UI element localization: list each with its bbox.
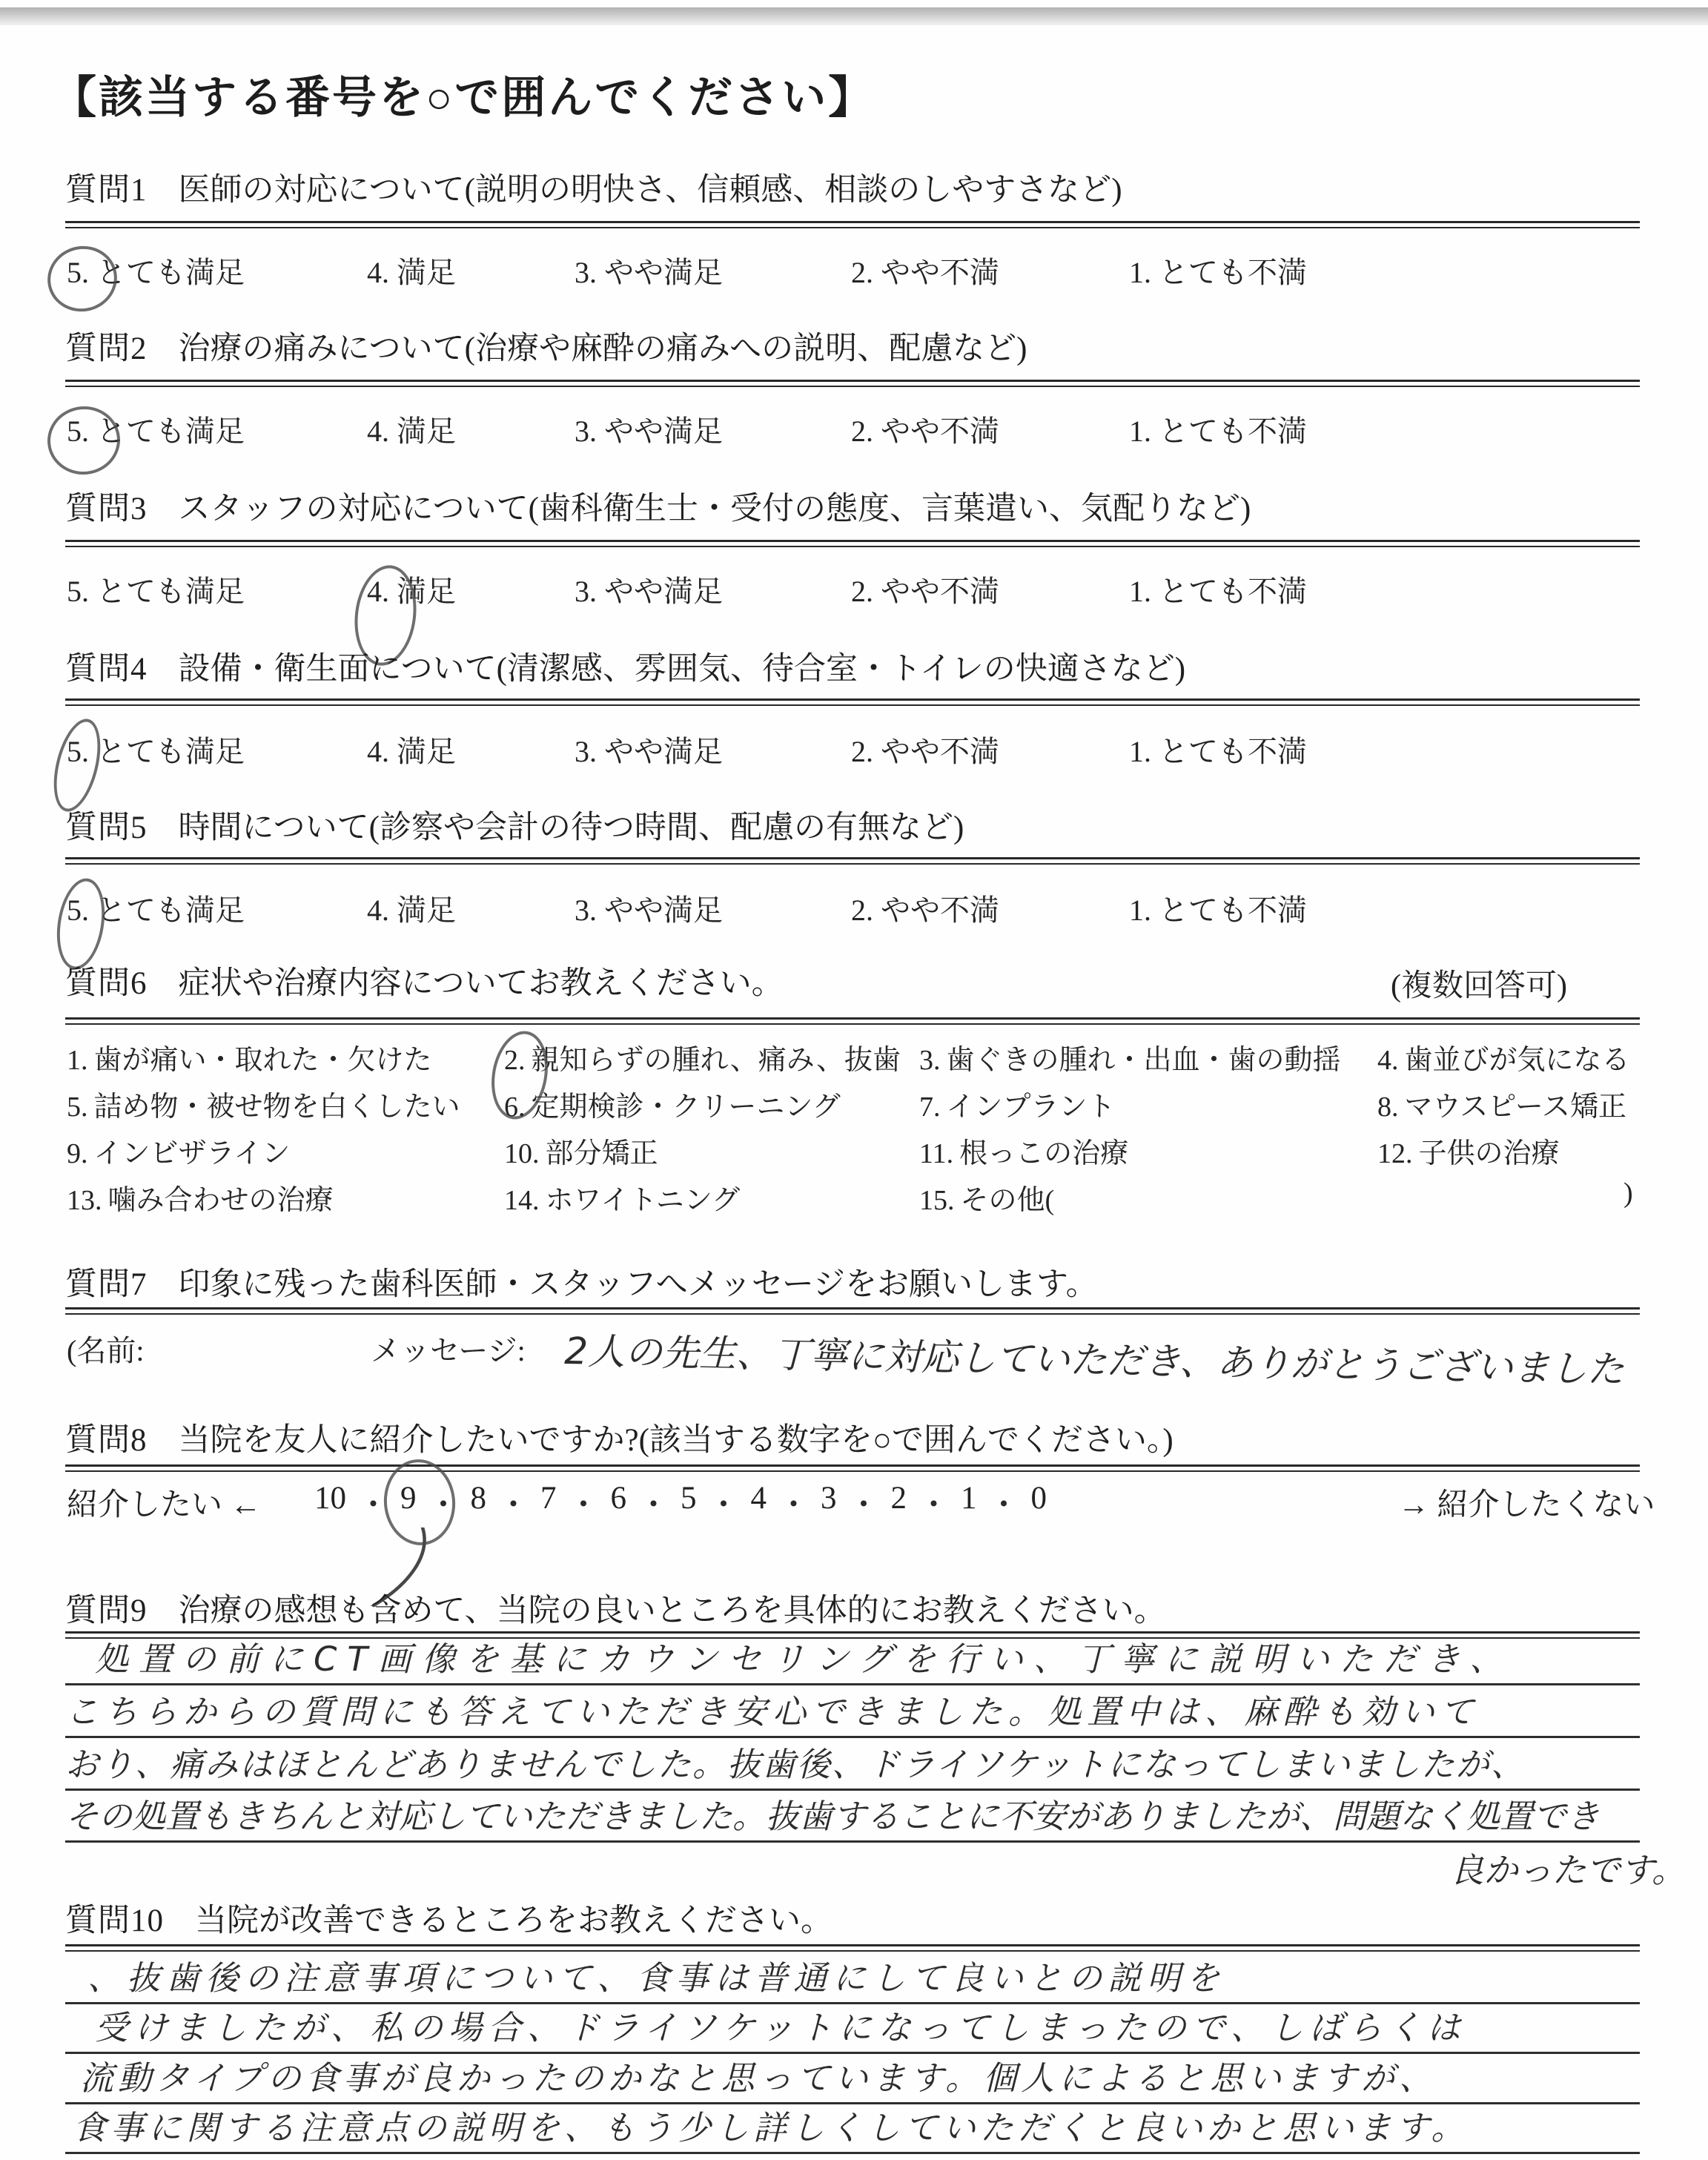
- question-4-options: 5.とても満足 4.満足 3.やや満足 2.やや不満 1.とても不満: [0, 728, 1708, 780]
- item-label: その他(: [961, 1185, 1055, 1216]
- q6-item-4: 4.歯並びが気になる: [1377, 1037, 1630, 1077]
- handwritten-text-overflow: 良かったです。: [1450, 1843, 1686, 1892]
- nps-value-7: 7: [540, 1480, 557, 1516]
- option-number: 3.: [575, 734, 597, 769]
- nps-value-1: 1: [961, 1480, 977, 1516]
- option-label: やや満足: [604, 894, 723, 927]
- item-label: マウスピース矯正: [1405, 1091, 1626, 1123]
- question-10-heading: 質問10当院が改善できるところをお教えください。: [65, 1895, 833, 1941]
- nps-separator: ・: [988, 1480, 1020, 1525]
- item-label: 根っこの治療: [959, 1138, 1128, 1169]
- q6-item-1: 1.歯が痛い・取れた・欠けた: [67, 1037, 432, 1077]
- q1-option-4: 4.満足: [367, 249, 456, 291]
- q6-item-3: 3.歯ぐきの腫れ・出血・歯の動揺: [919, 1037, 1341, 1077]
- option-label: やや満足: [604, 415, 723, 448]
- other-close-paren: ): [1623, 1177, 1633, 1209]
- q3-option-4: 4.満足: [367, 568, 456, 610]
- option-label: とても不満: [1159, 415, 1307, 448]
- item-label: 親知らずの腫れ、痛み、抜歯: [532, 1045, 901, 1076]
- option-number: 1.: [1129, 893, 1151, 928]
- question-9-label: 質問9: [65, 1593, 148, 1628]
- option-label: とても不満: [1159, 256, 1307, 289]
- question-3-text: スタッフの対応について(歯科衛生士・受付の態度、言葉遣い、気配りなど): [179, 492, 1251, 526]
- item-number: 4.: [1377, 1044, 1399, 1077]
- question-2-text: 治療の痛みについて(治療や麻酔の痛みへの説明、配慮など): [179, 331, 1027, 366]
- option-label: やや満足: [604, 256, 723, 289]
- item-number: 13.: [67, 1184, 102, 1217]
- item-number: 12.: [1377, 1137, 1413, 1170]
- option-number: 3.: [575, 255, 597, 290]
- q5-option-3: 3.やや満足: [575, 887, 723, 929]
- option-label: とても満足: [96, 575, 245, 608]
- nps-scale-row: 紹介したい ← 10・ 9・ 8・ 7・ 6・ 5・ 4・ 3・ 2・ 1・ 0…: [0, 1480, 1708, 1525]
- writing-line: 食事に関する注意点の説明を、もう少し詳しくしていただくと良いかと思います。: [65, 2103, 1640, 2154]
- nps-separator: ・: [357, 1480, 389, 1525]
- item-label: 詰め物・被せ物を白くしたい: [94, 1091, 460, 1123]
- q1-option-3: 3.やや満足: [575, 249, 723, 291]
- option-number: 3.: [575, 414, 597, 449]
- handwritten-text: 流動タイプの食事が良かったのかなと思っています。個人によると思いますが、: [80, 2051, 1437, 2102]
- option-label: とても不満: [1159, 894, 1307, 927]
- nps-value-8: 8: [471, 1480, 487, 1516]
- divider-line: [65, 1307, 1640, 1315]
- question-2-options: 5.とても満足 4.満足 3.やや満足 2.やや不満 1.とても不満: [0, 408, 1708, 460]
- q4-option-1: 1.とても不満: [1129, 728, 1307, 770]
- item-number: 8.: [1377, 1091, 1399, 1123]
- divider-line: [65, 1017, 1640, 1025]
- q5-option-4: 4.満足: [367, 887, 456, 929]
- question-8-label: 質問8: [65, 1423, 148, 1458]
- q3-option-3: 3.やや満足: [575, 568, 723, 610]
- item-label: 部分矯正: [546, 1138, 658, 1169]
- question-10-text: 当院が改善できるところをお教えください。: [195, 1903, 833, 1938]
- q2-option-5: 5.とても満足: [67, 408, 245, 450]
- option-label: やや満足: [604, 735, 723, 768]
- question-7-heading: 質問7印象に残った歯科医師・スタッフへメッセージをお願いします。: [65, 1259, 1098, 1304]
- item-number: 5.: [67, 1091, 88, 1123]
- writing-line: 処置の前にCT画像を基にカウンセリングを行い、丁寧に説明いただき、: [65, 1636, 1640, 1685]
- message-field-label: メッセージ:: [371, 1327, 526, 1370]
- item-number: 15.: [919, 1184, 955, 1217]
- item-number: 3.: [919, 1044, 941, 1077]
- writing-line: 、抜歯後の注意事項について、食事は普通にして良いとの説明を: [65, 1953, 1640, 2004]
- nps-value-10: 10: [314, 1480, 346, 1516]
- q1-option-1: 1.とても不満: [1129, 249, 1307, 291]
- option-number: 3.: [575, 893, 597, 928]
- item-label: インプラント: [947, 1091, 1116, 1123]
- q2-option-3: 3.やや満足: [575, 408, 723, 450]
- option-number: 2.: [851, 734, 873, 769]
- handwritten-text: 、抜歯後の注意事項について、食事は普通にして良いとの説明を: [87, 1951, 1225, 2002]
- item-label: 子供の治療: [1419, 1138, 1560, 1169]
- nps-separator: ・: [848, 1480, 880, 1525]
- option-label: やや不満: [881, 415, 999, 448]
- item-label: 歯並びが気になる: [1405, 1045, 1630, 1076]
- option-label: やや満足: [604, 575, 723, 608]
- q4-option-4: 4.満足: [367, 728, 456, 770]
- writing-line: 流動タイプの食事が良かったのかなと思っています。個人によると思いますが、: [65, 2053, 1640, 2104]
- item-label: ホワイトニング: [546, 1185, 741, 1216]
- option-label: 満足: [397, 735, 456, 768]
- handwritten-message: 2人の先生、丁寧に対応していただき、ありがとうございました: [564, 1321, 1625, 1393]
- writing-line: おり、痛みはほとんどありませんでした。抜歯後、ドライソケットになってしまいました…: [65, 1740, 1640, 1791]
- nps-value-0: 0: [1031, 1480, 1047, 1516]
- question-4-text: 設備・衛生面について(清潔感、雰囲気、待合室・トイレの快適さなど): [179, 652, 1186, 687]
- option-label: 満足: [397, 894, 456, 927]
- nps-separator: ・: [568, 1480, 600, 1525]
- handwritten-text: こちらからの質問にも答えていただき安心できました。処置中は、麻酔も効いて: [65, 1685, 1480, 1736]
- option-label: とても満足: [96, 415, 245, 448]
- item-number: 9.: [67, 1137, 88, 1170]
- question-5-options: 5.とても満足 4.満足 3.やや満足 2.やや不満 1.とても不満: [0, 887, 1708, 939]
- item-label: 歯ぐきの腫れ・出血・歯の動揺: [947, 1045, 1341, 1076]
- option-number: 4.: [367, 255, 389, 290]
- nps-value-9: 9: [400, 1480, 417, 1516]
- nps-value-4: 4: [751, 1480, 767, 1516]
- item-label: インビザライン: [94, 1138, 291, 1169]
- option-label: とても満足: [96, 894, 245, 927]
- writing-line: こちらからの質問にも答えていただき安心できました。処置中は、麻酔も効いて: [65, 1687, 1640, 1738]
- q6-item-5: 5.詰め物・被せ物を白くしたい: [67, 1083, 460, 1124]
- q6-item-13: 13.噛み合わせの治療: [67, 1177, 334, 1218]
- item-label: 歯が痛い・取れた・欠けた: [94, 1045, 432, 1076]
- divider-line: [65, 857, 1640, 865]
- option-number: 5.: [67, 893, 89, 928]
- question-4-label: 質問4: [65, 652, 148, 687]
- nps-values: 10・ 9・ 8・ 7・ 6・ 5・ 4・ 3・ 2・ 1・ 0: [314, 1480, 1047, 1525]
- option-number: 1.: [1129, 574, 1151, 609]
- q1-option-2: 2.やや不満: [851, 249, 999, 291]
- item-number: 10.: [504, 1137, 540, 1170]
- question-7-text: 印象に残った歯科医師・スタッフへメッセージをお願いします。: [179, 1267, 1098, 1302]
- question-8-heading: 質問8当院を友人に紹介したいですか?(該当する数字を○で囲んでください。): [65, 1415, 1174, 1460]
- question-5-label: 質問5: [65, 810, 148, 845]
- q3-option-2: 2.やや不満: [851, 568, 999, 610]
- item-label: 噛み合わせの治療: [108, 1185, 334, 1216]
- handwritten-text: 受けましたが、私の場合、ドライソケットになってしまったので、しばらくは: [95, 2001, 1466, 2052]
- divider-line: [65, 380, 1640, 387]
- question-4-heading: 質問4設備・衛生面について(清潔感、雰囲気、待合室・トイレの快適さなど): [65, 644, 1185, 689]
- multiple-answers-note: (複数回答可): [1391, 961, 1567, 1005]
- q3-option-5: 5.とても満足: [67, 568, 245, 610]
- question-3-label: 質問3: [65, 492, 148, 526]
- option-number: 2.: [851, 255, 873, 290]
- q6-item-7: 7.インプラント: [919, 1083, 1116, 1124]
- option-number: 5.: [67, 414, 89, 449]
- nps-separator: ・: [497, 1480, 529, 1525]
- option-label: 満足: [397, 575, 456, 608]
- writing-line: その処置もきちんと対応していただきました。抜歯することに不安がありましたが、問題…: [65, 1791, 1640, 1843]
- q5-option-5: 5.とても満足: [67, 887, 245, 929]
- option-number: 4.: [367, 893, 389, 928]
- option-number: 5.: [67, 574, 89, 609]
- nps-right-label: → 紹介したくない: [1398, 1480, 1655, 1525]
- question-6-heading: 質問6症状や治療内容についてお教えください。: [65, 958, 784, 1003]
- question-1-label: 質問1: [65, 173, 148, 208]
- option-label: やや不満: [881, 256, 999, 289]
- scanned-survey-page: 【該当する番号を○で囲んでください】 質問1医師の対応について(説明の明快さ、信…: [0, 0, 1708, 2160]
- option-label: とても満足: [96, 256, 245, 289]
- divider-line: [65, 698, 1640, 706]
- question-3-options: 5.とても満足 4.満足 3.やや満足 2.やや不満 1.とても不満: [0, 568, 1708, 620]
- option-number: 1.: [1129, 255, 1151, 290]
- scan-artifact-bar: [0, 7, 1708, 25]
- handwritten-text: おり、痛みはほとんどありませんでした。抜歯後、ドライソケットになってしまいました…: [65, 1737, 1526, 1789]
- question-10-label: 質問10: [65, 1903, 164, 1938]
- option-label: やや不満: [881, 894, 999, 927]
- option-number: 4.: [367, 734, 389, 769]
- q4-option-3: 3.やや満足: [575, 728, 723, 770]
- option-label: やや不満: [881, 575, 999, 608]
- nps-value-3: 3: [821, 1480, 837, 1516]
- question-8-text: 当院を友人に紹介したいですか?(該当する数字を○で囲んでください。): [179, 1423, 1174, 1458]
- question-7-label: 質問7: [65, 1267, 148, 1302]
- divider-line: [65, 1464, 1640, 1472]
- name-field-label: (名前:: [67, 1327, 144, 1370]
- option-number: 4.: [367, 414, 389, 449]
- question-6-text: 症状や治療内容についてお教えください。: [179, 966, 784, 1001]
- handwritten-text: 処置の前にCT画像を基にカウンセリングを行い、丁寧に説明いただき、: [95, 1632, 1513, 1683]
- q1-option-5: 5.とても満足: [67, 249, 245, 291]
- item-number: 7.: [919, 1091, 941, 1123]
- question-1-text: 医師の対応について(説明の明快さ、信頼感、相談のしやすさなど): [179, 173, 1122, 208]
- option-label: とても不満: [1159, 735, 1307, 768]
- nps-separator: ・: [708, 1480, 740, 1525]
- item-number: 14.: [504, 1184, 540, 1217]
- nps-separator: ・: [638, 1480, 669, 1525]
- handwritten-text: その処置もきちんと対応していただきました。抜歯することに不安がありましたが、問題…: [65, 1789, 1600, 1840]
- item-number: 1.: [67, 1044, 88, 1077]
- q6-item-15: 15.その他(: [919, 1177, 1054, 1218]
- item-number: 2.: [504, 1044, 526, 1077]
- q6-item-12: 12.子供の治療: [1377, 1130, 1560, 1171]
- item-label: 定期検診・クリーニング: [532, 1091, 841, 1123]
- option-label: とても不満: [1159, 575, 1307, 608]
- question-2-label: 質問2: [65, 331, 148, 366]
- question-9-text: 治療の感想も含めて、当院の良いところを具体的にお教えください。: [179, 1593, 1166, 1628]
- divider-line: [65, 221, 1640, 228]
- question-9-heading: 質問9治療の感想も含めて、当院の良いところを具体的にお教えください。: [65, 1585, 1166, 1631]
- q6-item-8: 8.マウスピース矯正: [1377, 1083, 1626, 1124]
- question-5-heading: 質問5時間について(診察や会計の待つ時間、配慮の有無など): [65, 802, 964, 848]
- item-number: 11.: [919, 1137, 953, 1170]
- q2-option-4: 4.満足: [367, 408, 456, 450]
- option-label: 満足: [397, 256, 456, 289]
- divider-line: [65, 540, 1640, 547]
- option-number: 1.: [1129, 414, 1151, 449]
- q5-option-1: 1.とても不満: [1129, 887, 1307, 929]
- writing-line: 受けましたが、私の場合、ドライソケットになってしまったので、しばらくは: [65, 2003, 1640, 2054]
- question-1-heading: 質問1医師の対応について(説明の明快さ、信頼感、相談のしやすさなど): [65, 165, 1122, 210]
- q6-item-10: 10.部分矯正: [504, 1130, 658, 1171]
- q5-option-2: 2.やや不満: [851, 887, 999, 929]
- nps-value-2: 2: [891, 1480, 907, 1516]
- question-2-heading: 質問2治療の痛みについて(治療や麻酔の痛みへの説明、配慮など): [65, 323, 1027, 369]
- q6-item-9: 9.インビザライン: [67, 1130, 290, 1171]
- option-label: やや不満: [881, 735, 999, 768]
- option-number: 3.: [575, 574, 597, 609]
- q6-item-6: 6.定期検診・クリーニング: [504, 1083, 841, 1124]
- handwritten-text: 食事に関する注意点の説明を、もう少し詳しくしていただくと良いかと思います。: [73, 2101, 1469, 2152]
- nps-separator: ・: [918, 1480, 950, 1525]
- q6-item-11: 11.根っこの治療: [919, 1130, 1128, 1171]
- item-number: 6.: [504, 1091, 526, 1123]
- q6-item-14: 14.ホワイトニング: [504, 1177, 740, 1218]
- nps-left-label: 紹介したい ←: [67, 1480, 262, 1525]
- question-1-options: 5.とても満足 4.満足 3.やや満足 2.やや不満 1.とても不満: [0, 249, 1708, 301]
- q4-option-5: 5.とても満足: [67, 728, 245, 770]
- nps-value-5: 5: [681, 1480, 697, 1516]
- q3-option-1: 1.とても不満: [1129, 568, 1307, 610]
- option-number: 1.: [1129, 734, 1151, 769]
- option-number: 4.: [367, 574, 389, 609]
- question-3-heading: 質問3スタッフの対応について(歯科衛生士・受付の態度、言葉遣い、気配りなど): [65, 483, 1251, 529]
- nps-value-6: 6: [611, 1480, 627, 1516]
- option-number: 5.: [67, 734, 89, 769]
- option-number: 2.: [851, 414, 873, 449]
- nps-separator: ・: [428, 1480, 460, 1525]
- q4-option-2: 2.やや不満: [851, 728, 999, 770]
- page-title: 【該当する番号を○で囲んでください】: [52, 62, 875, 126]
- option-label: とても満足: [96, 735, 245, 768]
- option-number: 2.: [851, 574, 873, 609]
- option-label: 満足: [397, 415, 456, 448]
- q2-option-2: 2.やや不満: [851, 408, 999, 450]
- nps-separator: ・: [778, 1480, 810, 1525]
- question-6-label: 質問6: [65, 966, 148, 1001]
- q2-option-1: 1.とても不満: [1129, 408, 1307, 450]
- option-number: 5.: [67, 255, 89, 290]
- question-5-text: 時間について(診察や会計の待つ時間、配慮の有無など): [179, 810, 964, 845]
- q6-item-2: 2.親知らずの腫れ、痛み、抜歯: [504, 1037, 901, 1077]
- option-number: 2.: [851, 893, 873, 928]
